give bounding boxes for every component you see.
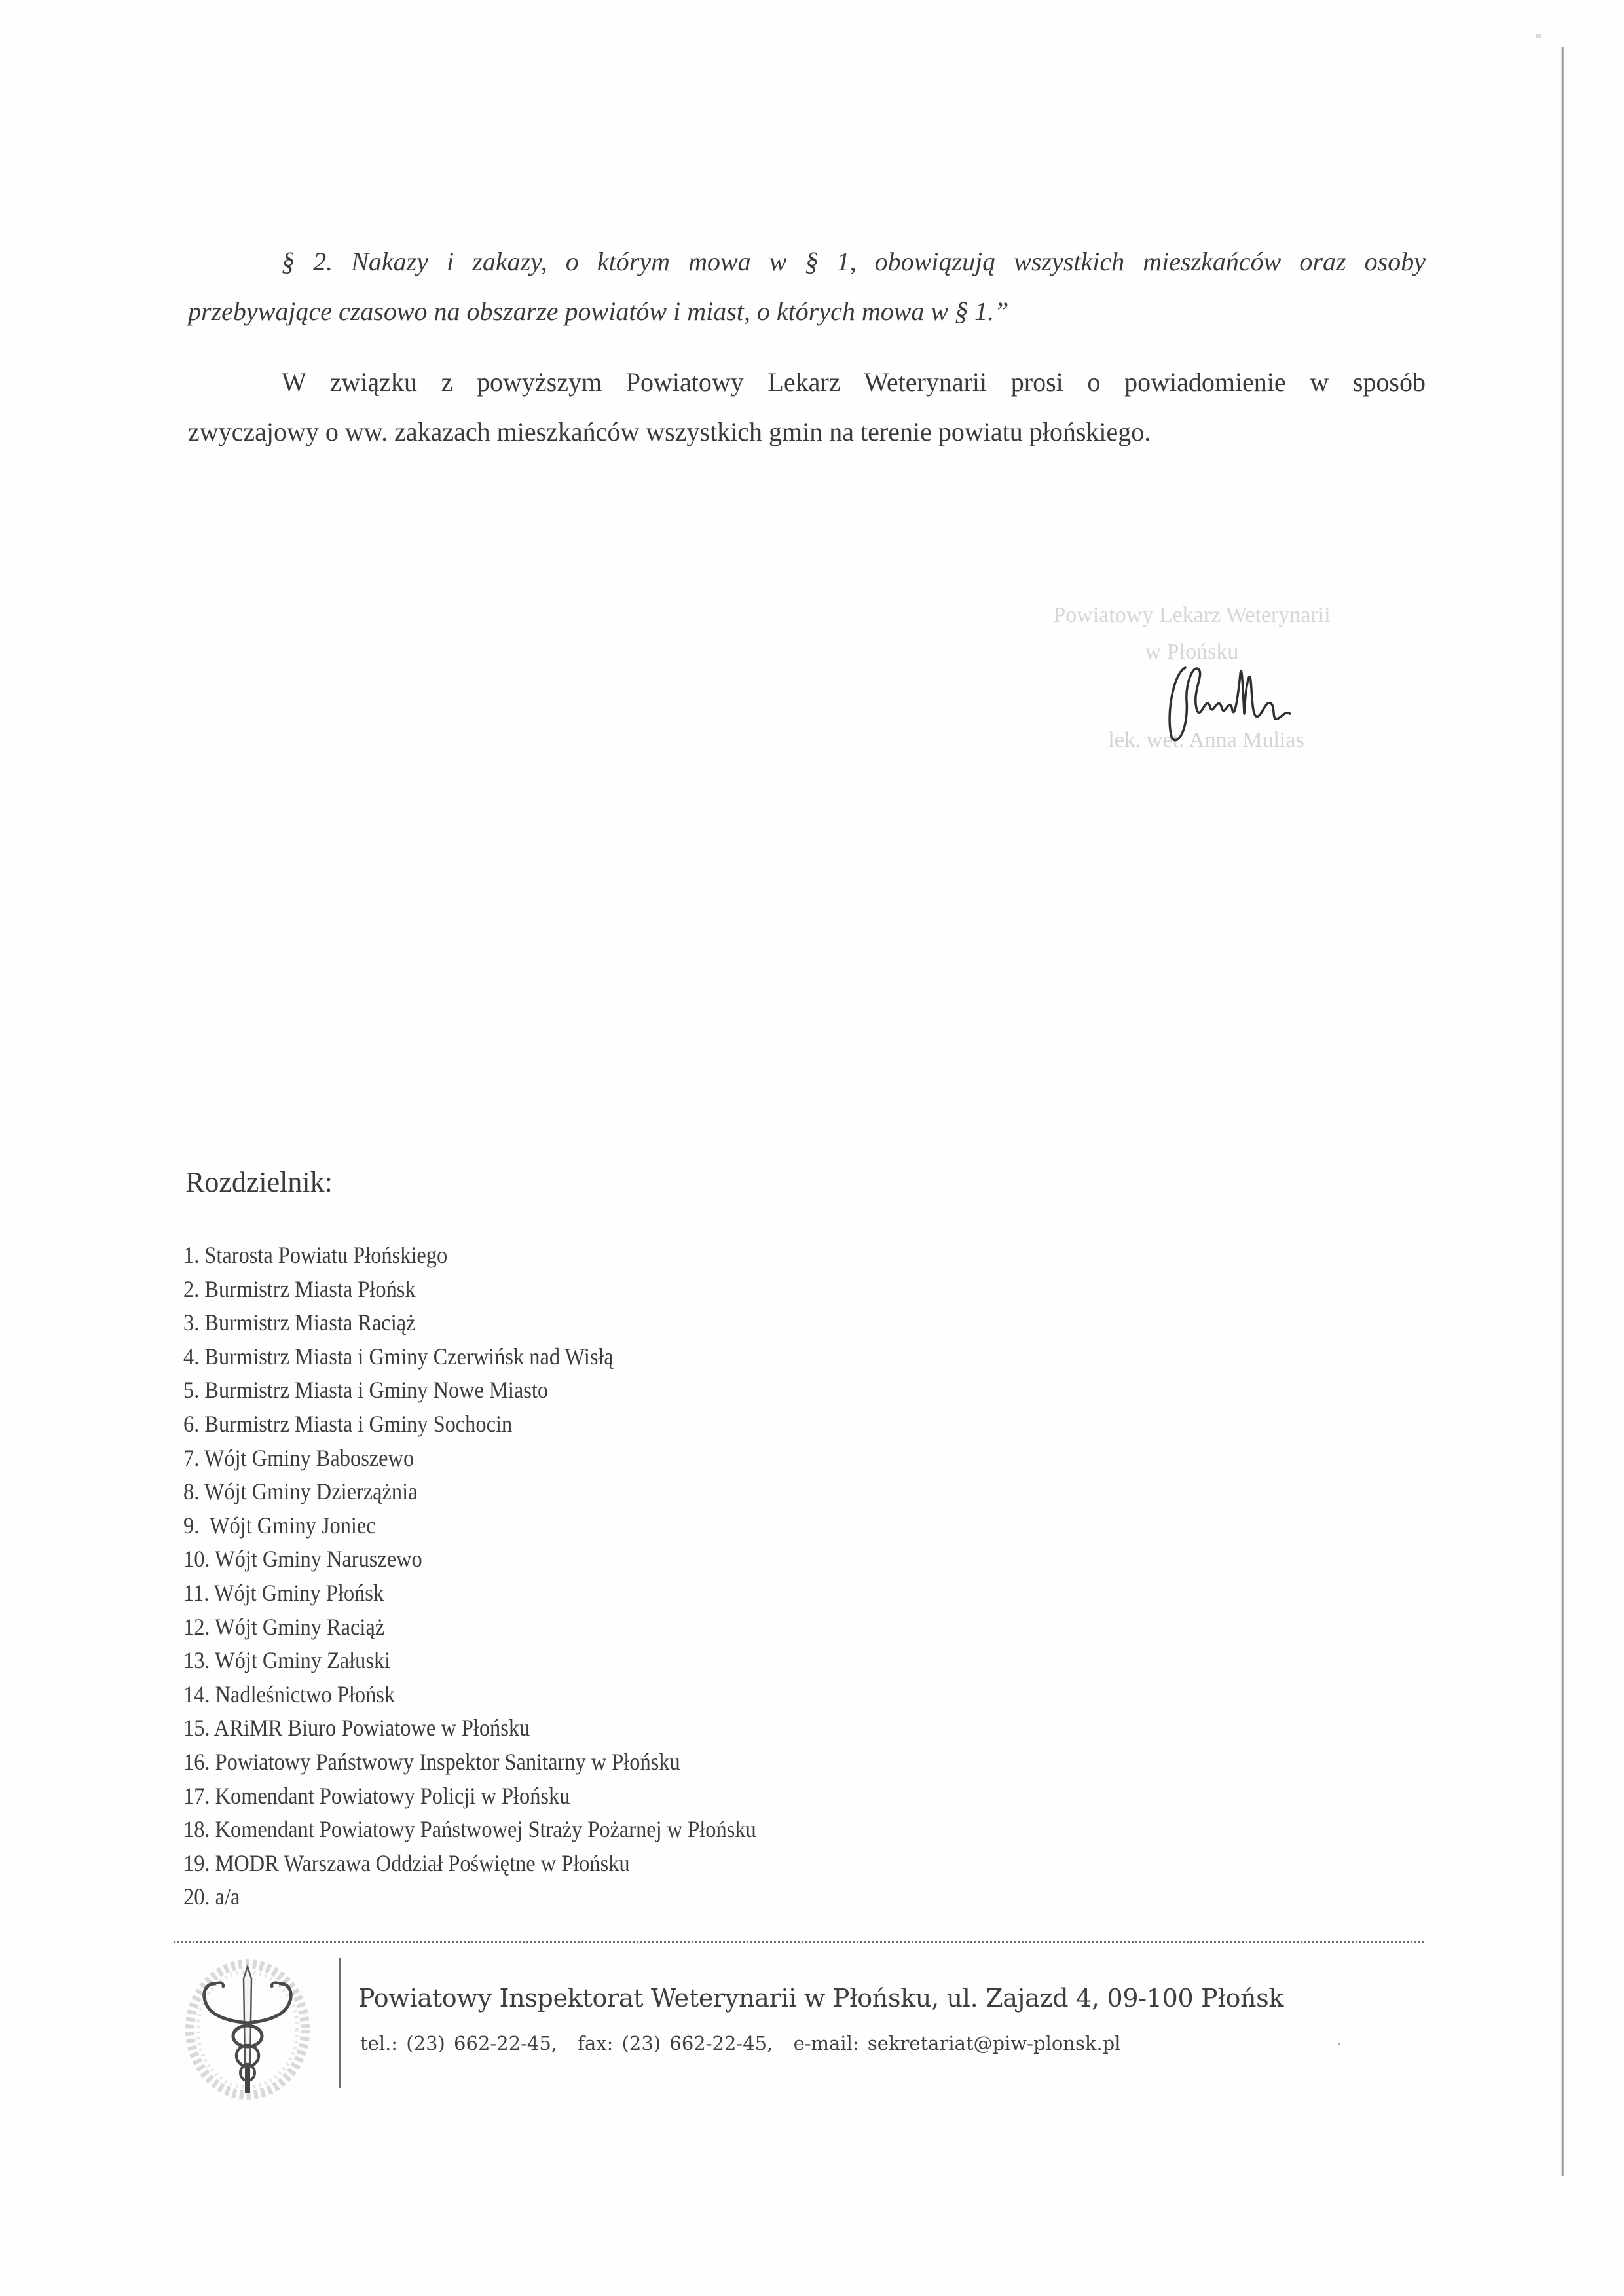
scan-artifact	[1338, 2043, 1340, 2045]
footer-contact: tel.: (23) 662-22-45, fax: (23) 662-22-4…	[360, 2032, 1120, 2054]
list-item: 15. ARiMR Biuro Powiatowe w Płońsku	[183, 1711, 756, 1745]
request-paragraph: W związku z powyższym Powiatowy Lekarz W…	[188, 357, 1426, 457]
list-item: 13. Wójt Gminy Załuski	[183, 1644, 756, 1678]
list-item: 14. Nadleśnictwo Płońsk	[183, 1678, 756, 1712]
quoted-paragraph: § 2. Nakazy i zakazy, o którym mowa w § …	[188, 237, 1426, 337]
list-item: 11. Wójt Gminy Płońsk	[183, 1576, 756, 1611]
list-item: 6. Burmistrz Miasta i Gminy Sochocin	[183, 1408, 756, 1442]
signature-icon	[1159, 648, 1297, 746]
list-item: 5. Burmistrz Miasta i Gminy Nowe Miasto	[183, 1374, 756, 1408]
footer-tel: tel.: (23) 662-22-45,	[360, 2032, 557, 2054]
document-page: § 2. Nakazy i zakazy, o którym mowa w § …	[0, 0, 1624, 2296]
list-item: 7. Wójt Gminy Baboszewo	[183, 1442, 756, 1476]
paragraph-text: zwyczajowy o ww. zakazach mieszkańców ws…	[188, 417, 1151, 446]
list-item: 20. a/a	[183, 1880, 756, 1914]
paragraph-text: § 2. Nakazy i zakazy, o którym mowa w § …	[282, 247, 1426, 276]
paragraph-line: zwyczajowy o ww. zakazach mieszkańców ws…	[188, 407, 1426, 457]
distribution-title: Rozdzielnik:	[185, 1165, 333, 1199]
list-item: 2. Burmistrz Miasta Płońsk	[183, 1273, 756, 1307]
footer-separator	[174, 1941, 1424, 1943]
footer-divider	[339, 1958, 341, 2088]
paragraph-line: W związku z powyższym Powiatowy Lekarz W…	[188, 357, 1426, 407]
paragraph-text: W związku z powyższym Powiatowy Lekarz W…	[282, 367, 1426, 397]
list-item: 4. Burmistrz Miasta i Gminy Czerwińsk na…	[183, 1340, 756, 1374]
caduceus-icon	[182, 1959, 316, 2100]
paragraph-text: przebywające czasowo na obszarze powiató…	[188, 297, 1008, 326]
list-item: 8. Wójt Gminy Dzierzążnia	[183, 1475, 756, 1509]
list-item: 16. Powiatowy Państwowy Inspektor Sanita…	[183, 1745, 756, 1779]
distribution-list: 1. Starosta Powiatu Płońskiego 2. Burmis…	[183, 1239, 756, 1914]
list-item: 9. Wójt Gminy Joniec	[183, 1509, 756, 1543]
list-item: 18. Komendant Powiatowy Państwowej Straż…	[183, 1813, 756, 1847]
scan-edge-line	[1561, 47, 1564, 2176]
list-item: 10. Wójt Gminy Naruszewo	[183, 1542, 756, 1576]
paragraph-line: przebywające czasowo na obszarze powiató…	[188, 287, 1426, 337]
footer-email[interactable]: e-mail: sekretariat@piw-plonsk.pl	[794, 2032, 1121, 2054]
footer-institution-address: Powiatowy Inspektorat Weterynarii w Płoń…	[358, 1984, 1283, 2013]
scan-artifact	[1536, 34, 1541, 38]
footer-fax: fax: (23) 662-22-45,	[578, 2032, 773, 2054]
stamp-title: Powiatowy Lekarz Weterynarii	[1022, 597, 1362, 634]
paragraph-line: § 2. Nakazy i zakazy, o którym mowa w § …	[188, 237, 1426, 287]
list-item: 17. Komendant Powiatowy Policji w Płońsk…	[183, 1779, 756, 1813]
list-item: 12. Wójt Gminy Raciąż	[183, 1611, 756, 1645]
list-item: 19. MODR Warszawa Oddział Poświętne w Pł…	[183, 1847, 756, 1881]
list-item: 1. Starosta Powiatu Płońskiego	[183, 1239, 756, 1273]
list-item: 3. Burmistrz Miasta Raciąż	[183, 1306, 756, 1340]
